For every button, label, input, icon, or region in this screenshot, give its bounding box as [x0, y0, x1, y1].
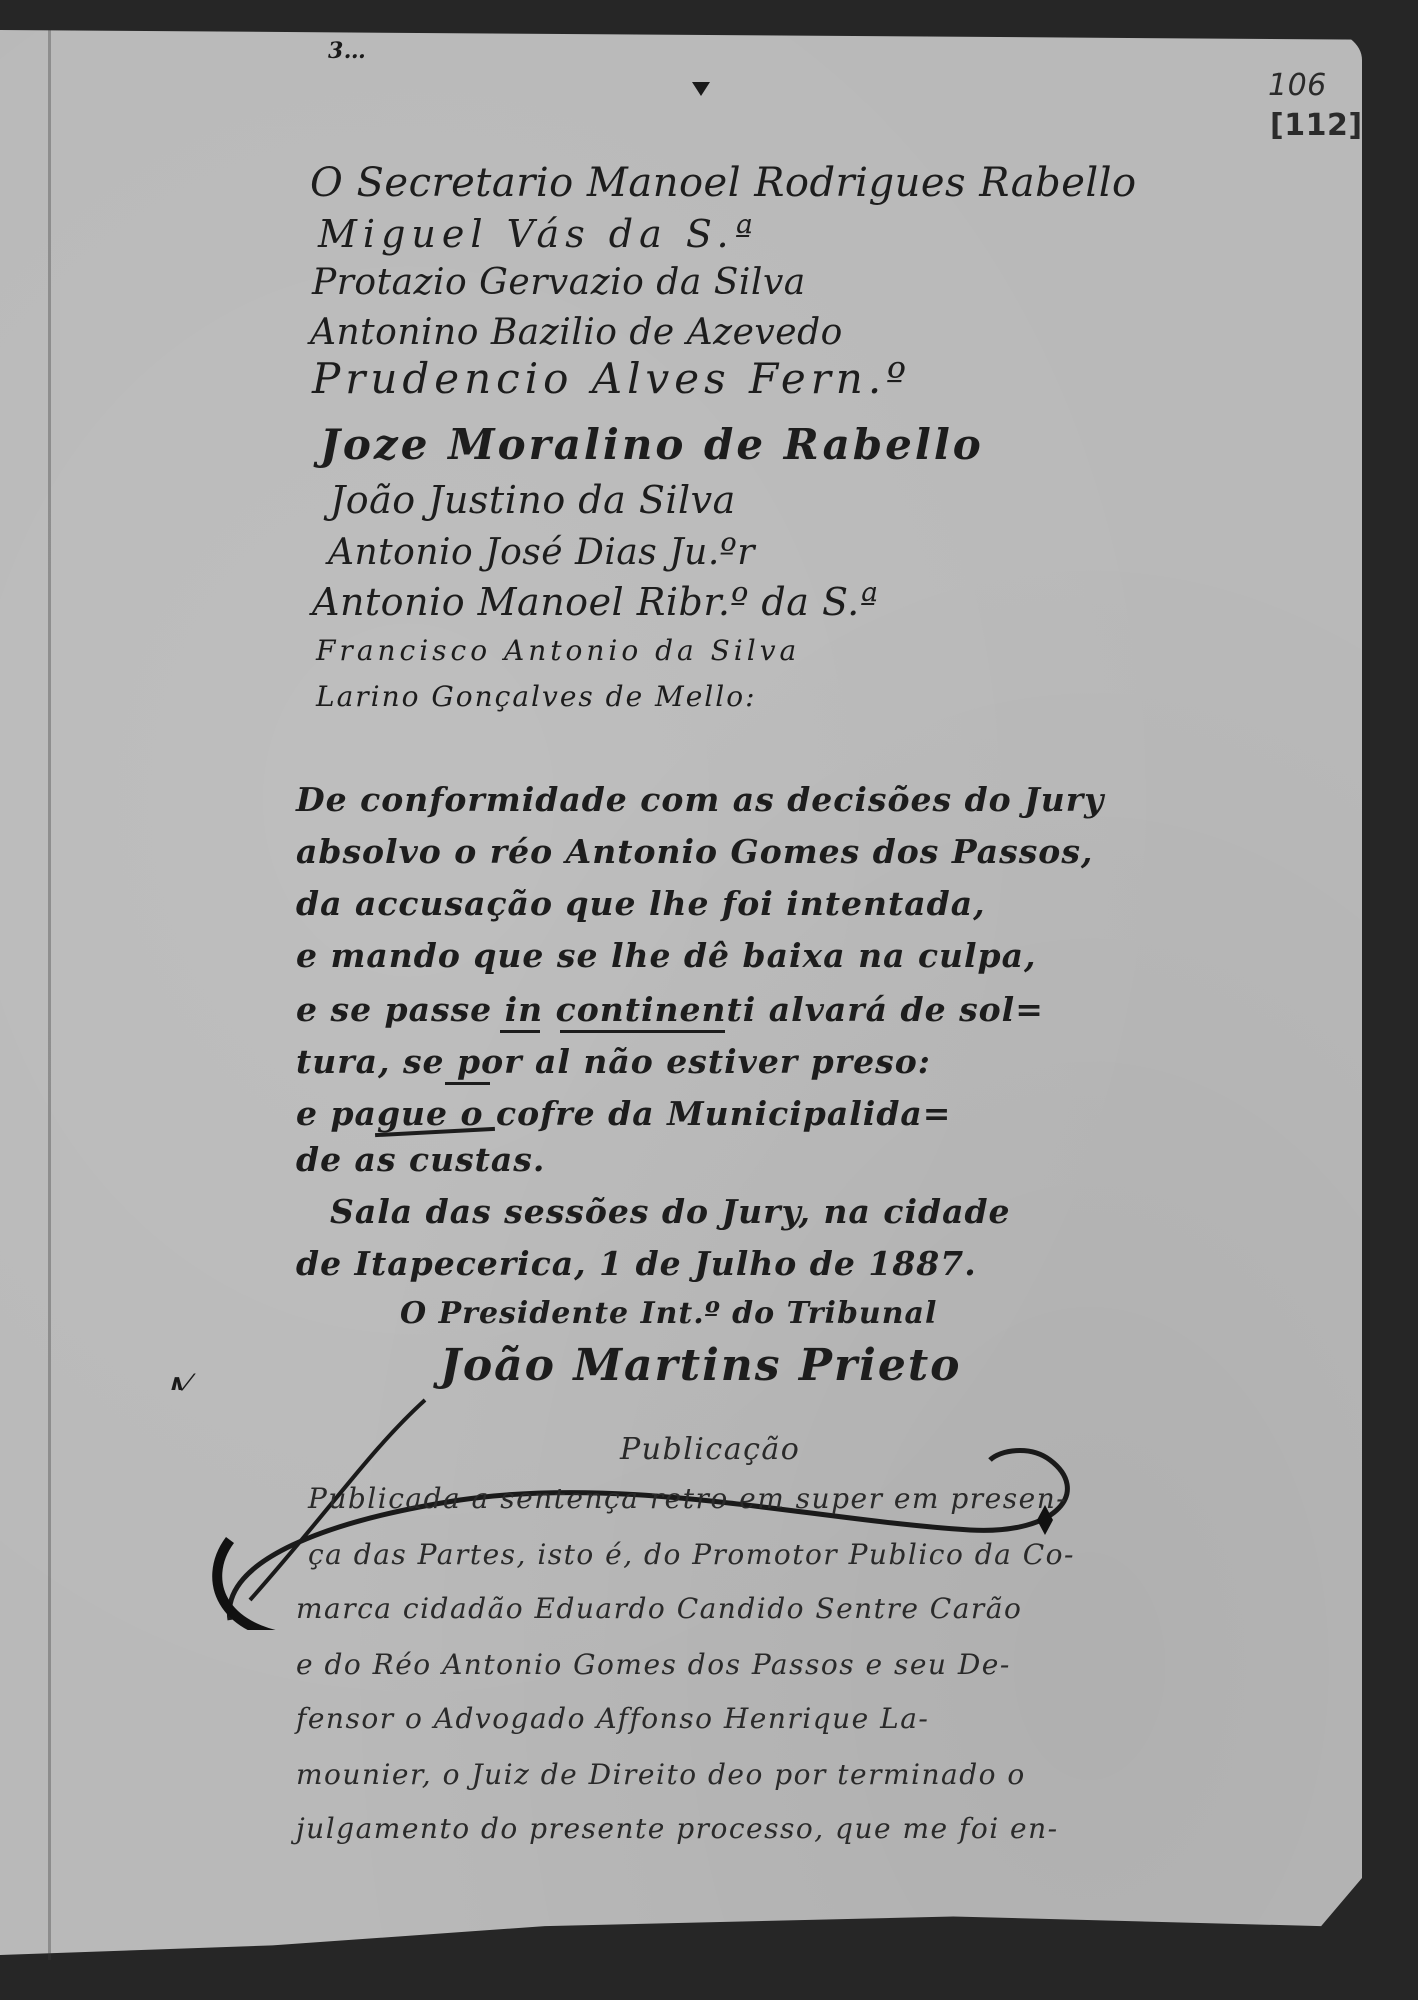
publication-heading: Publicação: [620, 1432, 800, 1467]
underline-continenti: [560, 1030, 725, 1033]
sentence-line: De conformidade com as decisões do Jury: [296, 780, 1104, 819]
signatory-line: Antonio Manoel Ribr.º da S.ª: [312, 580, 878, 624]
publication-line: ça das Partes, isto é, do Promotor Publi…: [308, 1538, 1075, 1571]
folio-bracket-number: [112]: [1270, 108, 1363, 143]
sentence-line: absolvo o réo Antonio Gomes dos Passos,: [296, 832, 1093, 871]
publication-line: julgamento do presente processo, que me …: [296, 1812, 1059, 1845]
place-date-line: de Itapecerica, 1 de Julho de 1887.: [296, 1244, 977, 1283]
signature-title: O Presidente Int.º do Tribunal: [400, 1296, 937, 1331]
signatory-line: Miguel Vás da S.ª: [318, 212, 759, 256]
publication-line: marca cidadão Eduardo Candido Sentre Car…: [296, 1592, 1022, 1625]
ink-blot: [692, 82, 710, 96]
signatory-line: O Secretario Manoel Rodrigues Rabello: [310, 160, 1137, 206]
publication-line: mounier, o Juiz de Direito deo por termi…: [296, 1758, 1026, 1791]
signatory-line: João Justino da Silva: [330, 478, 736, 522]
top-ink-mark: 3…: [328, 38, 366, 64]
sentence-line: tura, se por al não estiver preso:: [296, 1042, 931, 1081]
sentence-line: e mando que se lhe dê baixa na culpa,: [296, 936, 1037, 975]
place-date-line: Sala das sessões do Jury, na cidade: [330, 1192, 1011, 1231]
signatory-line: Antonino Bazilio de Azevedo: [310, 312, 843, 353]
publication-line: e do Réo Antonio Gomes dos Passos e seu …: [296, 1648, 1011, 1681]
signatory-line: Joze Moralino de Rabello: [320, 420, 984, 469]
underline-al: [445, 1082, 490, 1085]
margin-mark: ∧⁄: [168, 1370, 191, 1396]
binding-line: [48, 30, 51, 1960]
underline-in: [500, 1030, 540, 1033]
signatory-line: Antonio José Dias Ju.ºr: [328, 532, 755, 573]
sentence-line: da accusação que lhe foi intentada,: [296, 884, 986, 923]
signatory-line: Protazio Gervazio da Silva: [312, 262, 806, 303]
sentence-line: e pague o cofre da Municipalida=: [296, 1094, 951, 1133]
publication-line: Publicada a sentença retro em super em p…: [308, 1482, 1067, 1515]
sentence-line: de as custas.: [296, 1140, 545, 1179]
publication-line: fensor o Advogado Affonso Henrique La-: [296, 1702, 929, 1735]
signatory-line: Francisco Antonio da Silva: [316, 634, 800, 667]
sentence-line: e se passe in continenti alvará de sol=: [296, 990, 1044, 1029]
folio-number: 106: [1268, 68, 1327, 103]
signatory-line: Larino Gonçalves de Mello:: [316, 680, 757, 713]
signatory-line: Prudencio Alves Fern.º: [312, 354, 911, 403]
